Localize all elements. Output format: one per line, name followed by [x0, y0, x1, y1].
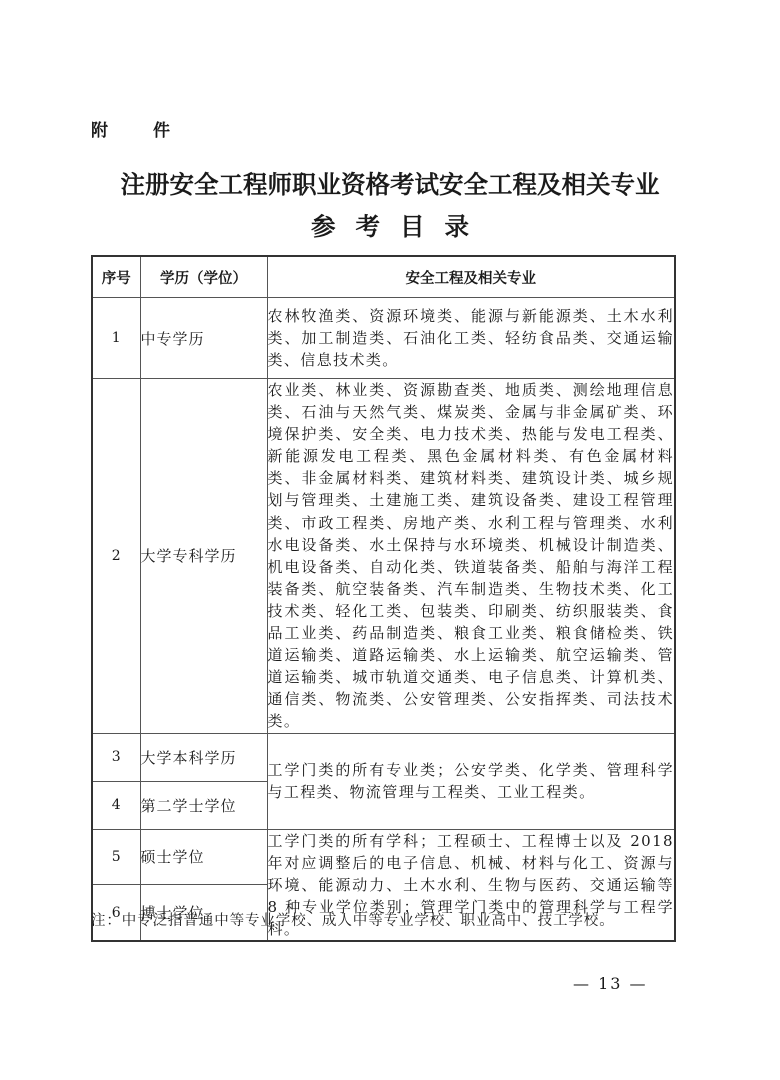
row-education: 中专学历: [140, 298, 267, 379]
row-majors: 工学门类的所有专业类；公安学类、化学类、管理科学与工程类、物流管理与工程类、工业…: [267, 733, 675, 829]
row-education: 大学专科学历: [140, 379, 267, 734]
row-education: 第二学士学位: [140, 781, 267, 829]
attachment-label: 附 件: [91, 116, 184, 141]
document-title: 注册安全工程师职业资格考试安全工程及相关专业: [0, 166, 780, 201]
table-row: 5 硕士学位 工学门类的所有学科；工程硕士、工程博士以及 2018 年对应调整后…: [92, 829, 675, 885]
footnote: 注：中专泛指普通中等专业学校、成人中等专业学校、职业高中、技工学校。: [91, 909, 615, 930]
table-header-row: 序号 学历（学位） 安全工程及相关专业: [92, 256, 675, 298]
row-education: 硕士学位: [140, 829, 267, 885]
row-majors: 农林牧渔类、资源环境类、能源与新能源类、土木水利类、加工制造类、石油化工类、轻纺…: [267, 298, 675, 379]
row-no: 4: [92, 781, 140, 829]
row-no: 3: [92, 733, 140, 781]
header-majors: 安全工程及相关专业: [267, 256, 675, 298]
header-no: 序号: [92, 256, 140, 298]
row-no: 2: [92, 379, 140, 734]
row-education: 大学本科学历: [140, 733, 267, 781]
row-no: 5: [92, 829, 140, 885]
page-number: — 13 —: [573, 974, 648, 993]
document-subtitle: 参考目录: [0, 208, 780, 243]
row-no: 1: [92, 298, 140, 379]
table-row: 1 中专学历 农林牧渔类、资源环境类、能源与新能源类、土木水利类、加工制造类、石…: [92, 298, 675, 379]
table-row: 3 大学本科学历 工学门类的所有专业类；公安学类、化学类、管理科学与工程类、物流…: [92, 733, 675, 781]
header-education: 学历（学位）: [140, 256, 267, 298]
reference-table: 序号 学历（学位） 安全工程及相关专业 1 中专学历 农林牧渔类、资源环境类、能…: [91, 255, 676, 942]
row-majors: 农业类、林业类、资源勘查类、地质类、测绘地理信息类、石油与天然气类、煤炭类、金属…: [267, 379, 675, 734]
table-row: 2 大学专科学历 农业类、林业类、资源勘查类、地质类、测绘地理信息类、石油与天然…: [92, 379, 675, 734]
